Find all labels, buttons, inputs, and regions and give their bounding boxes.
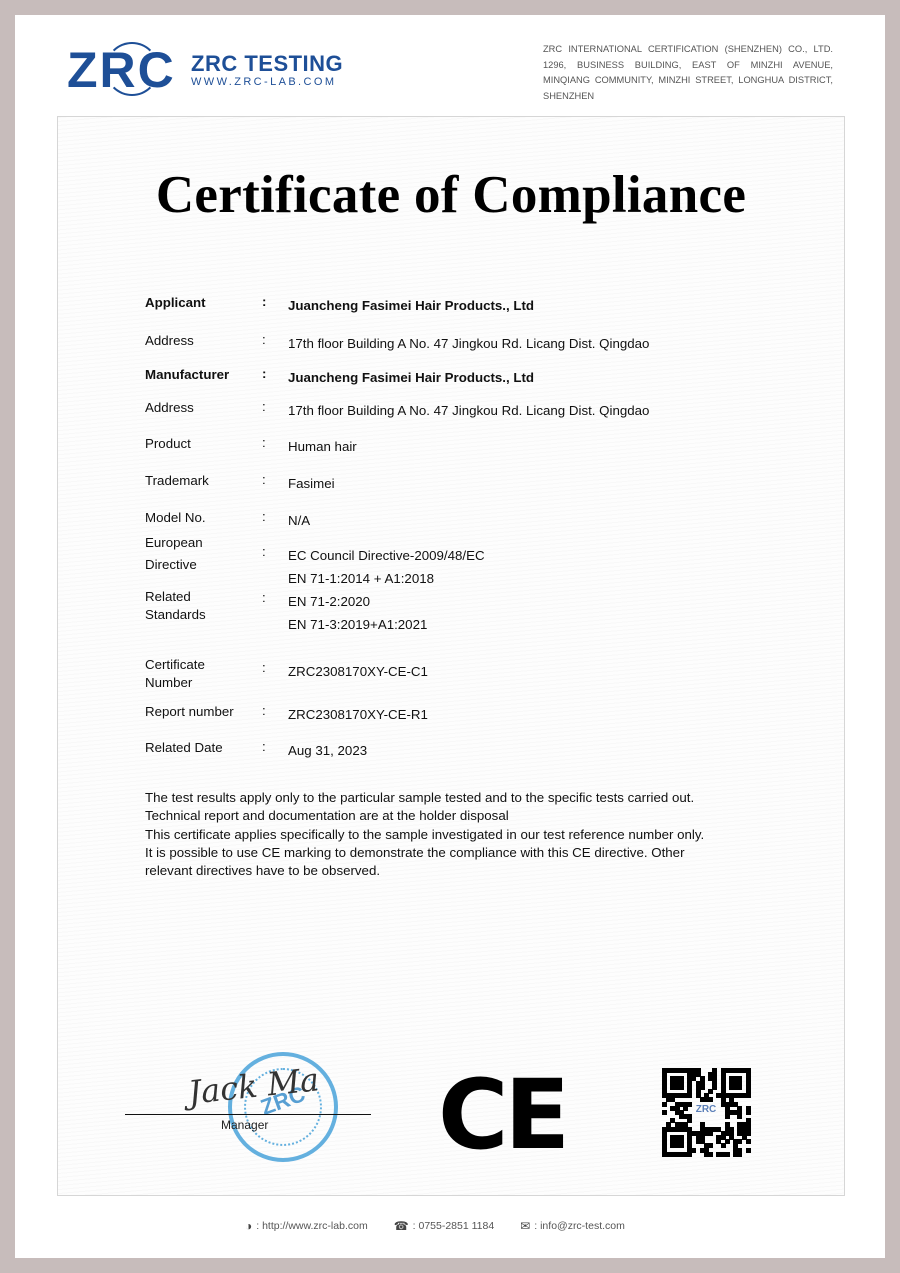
field-label: Address: [145, 332, 255, 350]
logo-title: ZRC TESTING: [191, 52, 343, 76]
ce-mark-icon: CE: [438, 1067, 566, 1163]
logo-url: WWW.ZRC-LAB.COM: [191, 76, 343, 89]
field-value: 17th floor Building A No. 47 Jingkou Rd.…: [288, 332, 649, 355]
field-value: ZRC2308170XY-CE-R1: [288, 703, 428, 726]
field-value: Juancheng Fasimei Hair Products., Ltd: [288, 366, 534, 389]
field-value: 17th floor Building A No. 47 Jingkou Rd.…: [288, 399, 649, 422]
footer-phone: ☎ : 0755-2851 1184: [394, 1219, 495, 1233]
field-label: Trademark: [145, 472, 255, 490]
field-value: ZRC2308170XY-CE-C1: [288, 660, 428, 683]
field-label: Report number: [145, 703, 255, 721]
website-text: : http://www.zrc-lab.com: [256, 1220, 367, 1232]
field-separator: :: [262, 332, 266, 347]
field-separator: :: [262, 739, 266, 754]
field-label: Address: [145, 399, 255, 417]
note-line: Technical report and documentation are a…: [145, 807, 785, 825]
field-label: European Directive: [145, 532, 225, 576]
field-separator: :: [262, 399, 266, 414]
signer-role: Manager: [221, 1118, 268, 1132]
standard-item: EN 71-1:2014 + A1:2018: [288, 567, 434, 590]
phone-text: : 0755-2851 1184: [413, 1220, 495, 1232]
email-text: : info@zrc-test.com: [534, 1220, 625, 1232]
standard-item: EN 71-2:2020: [288, 590, 434, 613]
certificate-title: Certificate of Compliance: [58, 165, 844, 225]
field-label: Certificate Number: [145, 656, 225, 692]
standard-item: EN 71-3:2019+A1:2021: [288, 613, 434, 636]
certificate-notes: The test results apply only to the parti…: [145, 789, 785, 880]
field-separator: :: [262, 472, 266, 487]
footer-contacts: ◑ : http://www.zrc-lab.com ☎ : 0755-2851…: [245, 1219, 705, 1233]
field-value: Juancheng Fasimei Hair Products., Ltd: [288, 294, 534, 317]
phone-icon: ☎: [394, 1219, 409, 1233]
field-label: Applicant: [145, 294, 255, 312]
field-label: Related Date: [145, 739, 255, 757]
certificate-sheet: ZRC ZRC TESTING WWW.ZRC-LAB.COM ZRC INTE…: [15, 15, 885, 1258]
note-line: relevant directives have to be observed.: [145, 862, 785, 880]
field-value: Human hair: [288, 435, 357, 458]
field-label: Model No.: [145, 509, 255, 527]
note-line: The test results apply only to the parti…: [145, 789, 785, 807]
signature-line: [125, 1114, 371, 1115]
certificate-body: Certificate of Compliance Applicant:Juan…: [57, 116, 845, 1196]
field-value: Fasimei: [288, 472, 335, 495]
field-value: Aug 31, 2023: [288, 739, 367, 762]
globe-icon: ◑: [245, 1219, 252, 1233]
mail-icon: ✉: [520, 1219, 530, 1233]
field-separator: :: [262, 660, 266, 675]
field-label: Related Standards: [145, 588, 225, 624]
logo-mark-text: ZRC: [67, 45, 176, 95]
field-separator: :: [262, 435, 266, 450]
field-separator: :: [262, 294, 266, 309]
zrc-logo: ZRC ZRC TESTING WWW.ZRC-LAB.COM: [67, 42, 343, 98]
field-label: Product: [145, 435, 255, 453]
field-separator: :: [262, 544, 266, 559]
field-value: EN 71-1:2014 + A1:2018EN 71-2:2020EN 71-…: [288, 567, 434, 636]
footer-website[interactable]: ◑ : http://www.zrc-lab.com: [245, 1219, 368, 1233]
field-separator: :: [262, 509, 266, 524]
field-separator: :: [262, 366, 266, 381]
company-address: ZRC INTERNATIONAL CERTIFICATION (SHENZHE…: [543, 42, 833, 104]
footer-email[interactable]: ✉ : info@zrc-test.com: [520, 1219, 625, 1233]
field-separator: :: [262, 590, 266, 605]
logo-mark: ZRC: [67, 42, 187, 98]
qr-center-logo: ZRC: [662, 1104, 750, 1115]
qr-code-icon: ZRC: [662, 1068, 750, 1156]
note-line: It is possible to use CE marking to demo…: [145, 844, 785, 862]
field-label: Manufacturer: [145, 366, 255, 384]
field-value: EC Council Directive-2009/48/EC: [288, 544, 485, 567]
note-line: This certificate applies specifically to…: [145, 826, 785, 844]
field-separator: :: [262, 703, 266, 718]
field-value: N/A: [288, 509, 310, 532]
